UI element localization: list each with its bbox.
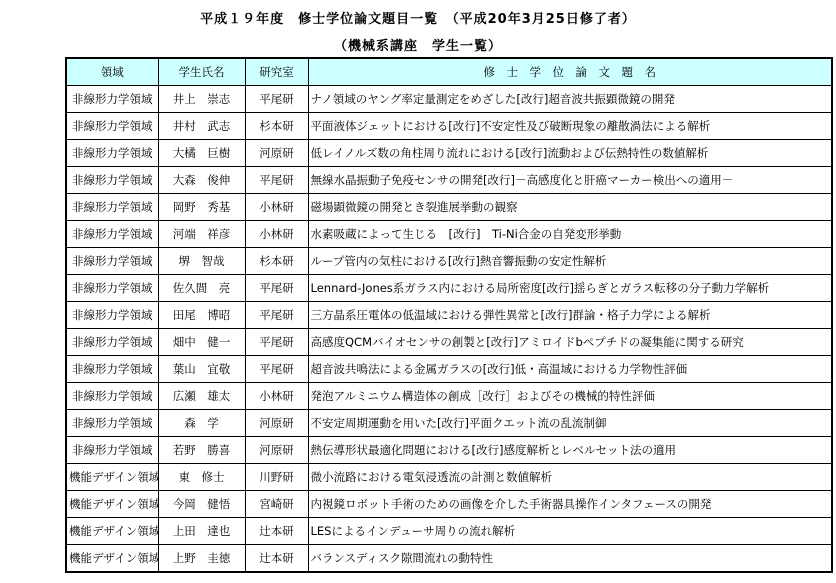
header-field: 領域	[66, 58, 158, 86]
student-name-cell: 井上 崇志	[158, 86, 245, 113]
field-cell: 非線形力学領域	[66, 167, 158, 194]
lab-cell: 杉本研	[245, 248, 308, 275]
field-cell: 非線形力学領域	[66, 329, 158, 356]
page-title: 平成１９年度 修士学位論文題目一覧 （平成20年3月25日修了者）	[0, 8, 836, 27]
thesis-title-cell: 発泡アルミニウム構造体の創成［改行］およびその機械的特性評価	[308, 383, 832, 410]
lab-cell: 辻本研	[245, 518, 308, 545]
thesis-title-cell: 微小流路における電気浸透流の計測と数値解析	[308, 464, 832, 491]
table-row: 非線形力学領域 堺 智哉 杉本研 ループ管内の気柱における[改行]熱音響振動の安…	[66, 248, 832, 275]
student-name-cell: 若野 勝喜	[158, 437, 245, 464]
lab-cell: 小林研	[245, 383, 308, 410]
thesis-title-cell: 低レイノルズ数の角柱周り流れにおける[改行]流動および伝熱特性の数値解析	[308, 140, 832, 167]
student-name-cell: 葉山 宜敬	[158, 356, 245, 383]
table-row: 非線形力学領域 大森 俊伸 平尾研 無線水晶振動子免疫センサの開発[改行]－高感…	[66, 167, 832, 194]
field-cell: 非線形力学領域	[66, 113, 158, 140]
lab-cell: 平尾研	[245, 329, 308, 356]
student-name-cell: 岡野 秀基	[158, 194, 245, 221]
table-row: 非線形力学領域 佐久間 亮 平尾研 Lennard-Jones系ガラス内における…	[66, 275, 832, 302]
thesis-title-cell: 不安定周期運動を用いた[改行]平面クエット流の乱流制御	[308, 410, 832, 437]
student-name-cell: 森 学	[158, 410, 245, 437]
lab-cell: 小林研	[245, 221, 308, 248]
thesis-title-cell: 三方晶系圧電体の低温域における弾性異常と[改行]群論・格子力学による解析	[308, 302, 832, 329]
header-student-name: 学生氏名	[158, 58, 245, 86]
thesis-title-cell: 高感度QCMバイオセンサの創製と[改行]アミロイドbペプチドの凝集能に関する研究	[308, 329, 832, 356]
table-row: 非線形力学領域 井上 崇志 平尾研 ナノ領域のヤング率定量測定をめざした[改行]…	[66, 86, 832, 113]
student-name-cell: 河端 祥彦	[158, 221, 245, 248]
student-name-cell: 井村 武志	[158, 113, 245, 140]
lab-cell: 川野研	[245, 464, 308, 491]
student-name-cell: 東 修士	[158, 464, 245, 491]
thesis-title-cell: 平面液体ジェットにおける[改行]不安定性及び破断現象の離散渦法による解析	[308, 113, 832, 140]
table-row: 非線形力学領域 森 学 河原研 不安定周期運動を用いた[改行]平面クエット流の乱…	[66, 410, 832, 437]
lab-cell: 小林研	[245, 194, 308, 221]
table-row: 機能デザイン領域 東 修士 川野研 微小流路における電気浸透流の計測と数値解析	[66, 464, 832, 491]
student-name-cell: 上野 圭徳	[158, 545, 245, 573]
thesis-title-cell: Lennard-Jones系ガラス内における局所密度[改行]揺らぎとガラス転移の…	[308, 275, 832, 302]
thesis-title-cell: バランスディスク隙間流れの動特性	[308, 545, 832, 573]
lab-cell: 平尾研	[245, 167, 308, 194]
field-cell: 機能デザイン領域	[66, 545, 158, 573]
student-name-cell: 大森 俊伸	[158, 167, 245, 194]
thesis-title-cell: 内視鏡ロボット手術のための画像を介した手術器具操作インタフェースの開発	[308, 491, 832, 518]
lab-cell: 河原研	[245, 410, 308, 437]
lab-cell: 平尾研	[245, 275, 308, 302]
table-row: 非線形力学領域 岡野 秀基 小林研 磁場顕微鏡の開発とき裂進展挙動の観察	[66, 194, 832, 221]
student-name-cell: 堺 智哉	[158, 248, 245, 275]
lab-cell: 河原研	[245, 140, 308, 167]
table-row: 非線形力学領域 畑中 健一 平尾研 高感度QCMバイオセンサの創製と[改行]アミ…	[66, 329, 832, 356]
table-row: 非線形力学領域 田尾 博昭 平尾研 三方晶系圧電体の低温域における弾性異常と[改…	[66, 302, 832, 329]
field-cell: 機能デザイン領域	[66, 491, 158, 518]
field-cell: 非線形力学領域	[66, 356, 158, 383]
field-cell: 非線形力学領域	[66, 248, 158, 275]
table-row: 非線形力学領域 大橘 巨樹 河原研 低レイノルズ数の角柱周り流れにおける[改行]…	[66, 140, 832, 167]
thesis-title-cell: 磁場顕微鏡の開発とき裂進展挙動の観察	[308, 194, 832, 221]
header-lab: 研究室	[245, 58, 308, 86]
thesis-title-cell: 熱伝導形状最適化問題における[改行]感度解析とレベルセット法の適用	[308, 437, 832, 464]
lab-cell: 宮崎研	[245, 491, 308, 518]
page-subtitle: （機械系講座 学生一覧）	[0, 35, 836, 54]
field-cell: 非線形力学領域	[66, 140, 158, 167]
field-cell: 非線形力学領域	[66, 86, 158, 113]
field-cell: 非線形力学領域	[66, 383, 158, 410]
field-cell: 非線形力学領域	[66, 302, 158, 329]
table-row: 非線形力学領域 葉山 宜敬 平尾研 超音波共鳴法による金属ガラスの[改行]低・高…	[66, 356, 832, 383]
field-cell: 機能デザイン領域	[66, 464, 158, 491]
thesis-title-cell: ナノ領域のヤング率定量測定をめざした[改行]超音波共振顕微鏡の開発	[308, 86, 832, 113]
table-row: 機能デザイン領域 今岡 健悟 宮崎研 内視鏡ロボット手術のための画像を介した手術…	[66, 491, 832, 518]
thesis-title-cell: 水素吸蔵によって生じる [改行] Ti-Ni合金の自発変形挙動	[308, 221, 832, 248]
student-name-cell: 広瀬 雄太	[158, 383, 245, 410]
lab-cell: 辻本研	[245, 545, 308, 573]
thesis-title-cell: 無線水晶振動子免疫センサの開発[改行]－高感度化と肝癌マーカー検出への適用－	[308, 167, 832, 194]
table-row: 非線形力学領域 井村 武志 杉本研 平面液体ジェットにおける[改行]不安定性及び…	[66, 113, 832, 140]
header-thesis-title: 修 士 学 位 論 文 題 名	[308, 58, 832, 86]
student-name-cell: 畑中 健一	[158, 329, 245, 356]
table-row: 非線形力学領域 若野 勝喜 河原研 熱伝導形状最適化問題における[改行]感度解析…	[66, 437, 832, 464]
table-body: 非線形力学領域 井上 崇志 平尾研 ナノ領域のヤング率定量測定をめざした[改行]…	[66, 86, 832, 573]
lab-cell: 平尾研	[245, 86, 308, 113]
lab-cell: 平尾研	[245, 356, 308, 383]
student-name-cell: 大橘 巨樹	[158, 140, 245, 167]
field-cell: 非線形力学領域	[66, 437, 158, 464]
table-row: 非線形力学領域 河端 祥彦 小林研 水素吸蔵によって生じる [改行] Ti-Ni…	[66, 221, 832, 248]
table-header-row: 領域 学生氏名 研究室 修 士 学 位 論 文 題 名	[66, 58, 832, 86]
thesis-title-cell: ループ管内の気柱における[改行]熱音響振動の安定性解析	[308, 248, 832, 275]
student-name-cell: 田尾 博昭	[158, 302, 245, 329]
student-name-cell: 今岡 健悟	[158, 491, 245, 518]
field-cell: 非線形力学領域	[66, 275, 158, 302]
lab-cell: 平尾研	[245, 302, 308, 329]
document-page: 平成１９年度 修士学位論文題目一覧 （平成20年3月25日修了者） （機械系講座…	[0, 0, 836, 583]
thesis-title-cell: LESによるインデューサ周りの流れ解析	[308, 518, 832, 545]
field-cell: 非線形力学領域	[66, 221, 158, 248]
thesis-table: 領域 学生氏名 研究室 修 士 学 位 論 文 題 名 非線形力学領域 井上 崇…	[65, 57, 833, 573]
table-row: 非線形力学領域 広瀬 雄太 小林研 発泡アルミニウム構造体の創成［改行］およびそ…	[66, 383, 832, 410]
lab-cell: 杉本研	[245, 113, 308, 140]
field-cell: 非線形力学領域	[66, 194, 158, 221]
thesis-title-cell: 超音波共鳴法による金属ガラスの[改行]低・高温域における力学物性評価	[308, 356, 832, 383]
student-name-cell: 上田 達也	[158, 518, 245, 545]
field-cell: 機能デザイン領域	[66, 518, 158, 545]
field-cell: 非線形力学領域	[66, 410, 158, 437]
lab-cell: 河原研	[245, 437, 308, 464]
table-row: 機能デザイン領域 上野 圭徳 辻本研 バランスディスク隙間流れの動特性	[66, 545, 832, 573]
student-name-cell: 佐久間 亮	[158, 275, 245, 302]
table-row: 機能デザイン領域 上田 達也 辻本研 LESによるインデューサ周りの流れ解析	[66, 518, 832, 545]
